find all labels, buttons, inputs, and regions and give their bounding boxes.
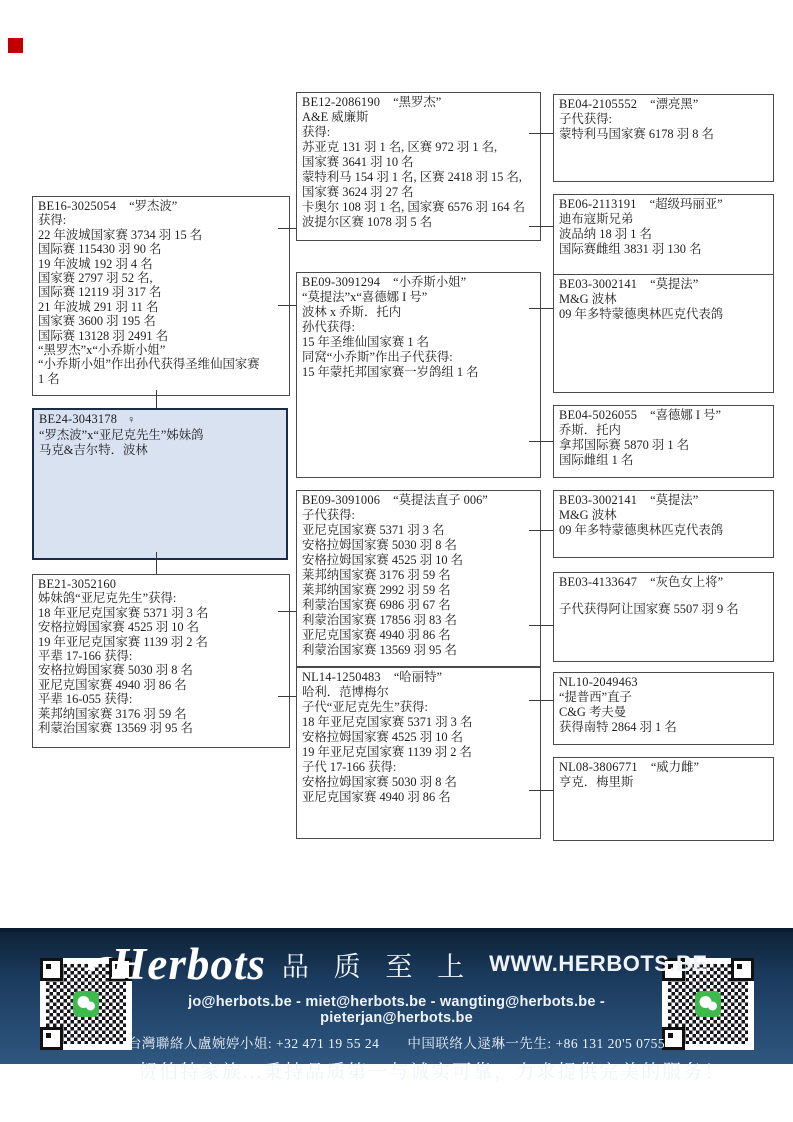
result-line: 亚尼克国家赛 4940 羽 86 名 — [302, 628, 535, 643]
result-line: 国际赛 115430 羽 90 名 — [38, 242, 284, 256]
pedigree-page: BE16-3025054“罗杰波” 获得:22 年波城国家赛 3734 羽 15… — [0, 0, 793, 1122]
contact-china: 中国联络人逯琳一先生: +86 131 20'5 0755 — [407, 1032, 665, 1052]
result-line: 迪布寇斯兄弟 — [559, 212, 768, 227]
pedigree-box-ggparent-7: NL10-2049463 “提普西”直子C&G 考夫曼获得南特 2864 羽 1… — [553, 672, 774, 745]
result-line: A&E 威廉斯 — [302, 110, 535, 125]
result-line: 安格拉姆国家赛 5030 羽 8 名 — [38, 663, 284, 677]
box-title: BE09-3091006“莫提法直子 006” — [302, 493, 535, 508]
ring-number: BE21-3052160 — [38, 577, 116, 591]
ring-number: BE04-2105552 — [559, 97, 637, 111]
result-line: 孙代获得: — [302, 320, 535, 335]
result-line: 国际赛 12119 羽 317 名 — [38, 285, 284, 299]
box-lines: “罗杰波”x“亚尼克先生”姊妹鸽马克&吉尔特．波林 — [39, 428, 281, 458]
result-line: 国家赛 2797 羽 52 名, — [38, 271, 284, 285]
connector-line — [278, 305, 296, 306]
pedigree-box-subject: BE24-3043178♀ “罗杰波”x“亚尼克先生”姊妹鸽马克&吉尔特．波林 — [32, 408, 288, 560]
result-line: 子代获得: — [559, 112, 768, 127]
result-line: “提普西”直子 — [559, 690, 768, 705]
qr-finder — [662, 1027, 685, 1050]
box-title: BE24-3043178♀ — [39, 412, 281, 428]
result-line: 波品纳 18 羽 1 名 — [559, 227, 768, 242]
result-line: 国家赛 3624 羽 27 名 — [302, 185, 535, 200]
result-line: 苏亚克 131 羽 1 名, 区赛 972 羽 1 名, — [302, 140, 535, 155]
result-line: 1 名 — [38, 372, 284, 386]
result-line: 亚尼克国家赛 5371 羽 3 名 — [302, 523, 535, 538]
result-line: 获得南特 2864 羽 1 名 — [559, 720, 768, 735]
pedigree-box-ggparent-2: BE06-2113191“超级玛丽亚” 迪布寇斯兄弟波品纳 18 羽 1 名国际… — [553, 194, 774, 285]
box-lines: M&G 波林09 年多特蒙德奥林匹克代表鸽 — [559, 508, 768, 538]
ring-number: BE24-3043178 — [39, 412, 117, 426]
connector-line — [529, 441, 553, 442]
box-title: BE04-5026055“喜德娜 I 号” — [559, 408, 768, 423]
result-line: 国际赛 13128 羽 2491 名 — [38, 329, 284, 343]
result-line: 莱邦纳国家赛 3176 羽 59 名 — [38, 707, 284, 721]
pedigree-box-ggparent-1: BE04-2105552“漂亮黑” 子代获得:蒙特利马国家赛 6178 羽 8 … — [553, 94, 774, 182]
result-line: 安格拉姆国家赛 5030 羽 8 名 — [302, 775, 535, 790]
bird-name: “喜德娜 I 号” — [650, 408, 721, 422]
result-line: 马克&吉尔特．波林 — [39, 443, 281, 458]
box-title: NL08-3806771“威力雌” — [559, 760, 768, 775]
result-line: 获得: — [302, 125, 535, 140]
box-lines: “莫提法”x“喜德娜 I 号”波林 x 乔斯．托内孙代获得:15 年圣维仙国家赛… — [302, 290, 535, 380]
female-symbol: ♀ — [127, 414, 135, 426]
result-line: 国家赛 3641 羽 10 名 — [302, 155, 535, 170]
result-line: 安格拉姆国家赛 4525 羽 10 名 — [302, 730, 535, 745]
result-line: 利蒙治国家赛 13569 羽 95 名 — [38, 721, 284, 735]
box-title: BE21-3052160 — [38, 577, 284, 591]
result-line: 利蒙治国家赛 13569 羽 95 名 — [302, 643, 535, 658]
ring-number: BE16-3025054 — [38, 199, 116, 213]
box-lines: 子代获得:亚尼克国家赛 5371 羽 3 名安格拉姆国家赛 5030 羽 8 名… — [302, 508, 535, 658]
result-line: 波提尔区赛 1078 羽 5 名 — [302, 215, 535, 230]
footer-content: Herbots 品 质 至 上 WWW.HERBOTS.BE jo@herbot… — [138, 938, 655, 1084]
ring-number: NL10-2049463 — [559, 675, 638, 689]
result-line: 21 年波城 291 羽 11 名 — [38, 300, 284, 314]
box-lines: 子代获得阿让国家赛 5507 羽 9 名 — [559, 590, 768, 617]
box-lines: 哈利．范博梅尔子代“亚尼克先生”获得:18 年亚尼克国家赛 5371 羽 3 名… — [302, 685, 535, 805]
box-lines: 子代获得:蒙特利马国家赛 6178 羽 8 名 — [559, 112, 768, 142]
connector-line — [529, 700, 553, 701]
result-line — [559, 590, 768, 602]
ring-number: BE03-3002141 — [559, 493, 637, 507]
connector-line — [156, 552, 157, 574]
pedigree-box-grandmother-maternal: NL14-1250483“哈丽特” 哈利．范博梅尔子代“亚尼克先生”获得:18 … — [296, 667, 541, 839]
box-title: BE03-3002141“莫提法” — [559, 493, 768, 508]
qr-finder — [40, 958, 63, 981]
result-line: 19 年亚尼克国家赛 1139 羽 2 名 — [302, 745, 535, 760]
connector-line — [278, 228, 296, 229]
box-lines: 乔斯．托内拿邦国际赛 5870 羽 1 名国际雌组 1 名 — [559, 423, 768, 468]
result-line: 蒙特利马 154 羽 1 名, 区赛 2418 羽 15 名, — [302, 170, 535, 185]
pedigree-box-grandfather-paternal: BE12-2086190“黑罗杰” A&E 威廉斯获得:苏亚克 131 羽 1 … — [296, 92, 541, 241]
result-line: 同窝“小乔斯”作出子代获得: — [302, 350, 535, 365]
ring-number: BE04-5026055 — [559, 408, 637, 422]
ring-number: BE09-3091006 — [302, 493, 380, 507]
connector-line — [529, 226, 553, 227]
box-title: BE04-2105552“漂亮黑” — [559, 97, 768, 112]
result-line: 09 年多特蒙德奥林匹克代表鸽 — [559, 307, 768, 322]
result-line: 18 年亚尼克国家赛 5371 羽 3 名 — [302, 715, 535, 730]
ring-number: NL08-3806771 — [559, 760, 638, 774]
ring-number: BE03-3002141 — [559, 277, 637, 291]
footer-emails: jo@herbots.be - miet@herbots.be - wangti… — [138, 994, 655, 1026]
herbots-logo-text: Herbots — [111, 938, 266, 990]
result-line: 乔斯．托内 — [559, 423, 768, 438]
result-line: 平辈 17-166 获得: — [38, 649, 284, 663]
pedigree-box-grandfather-maternal: BE09-3091006“莫提法直子 006” 子代获得:亚尼克国家赛 5371… — [296, 490, 541, 667]
connector-line — [529, 308, 553, 309]
footer-banner: Herbots 品 质 至 上 WWW.HERBOTS.BE jo@herbot… — [0, 928, 793, 1064]
pedigree-box-ggparent-4: BE04-5026055“喜德娜 I 号” 乔斯．托内拿邦国际赛 5870 羽 … — [553, 405, 774, 478]
result-line: 获得: — [38, 213, 284, 227]
bird-name: “漂亮黑” — [650, 97, 698, 111]
box-title: NL14-1250483“哈丽特” — [302, 670, 535, 685]
result-line: 国家赛 3600 羽 195 名 — [38, 314, 284, 328]
box-title: BE16-3025054“罗杰波” — [38, 199, 284, 213]
ring-number: BE06-2113191 — [559, 197, 637, 211]
box-lines: 姊妹鸽“亚尼克先生”获得:18 年亚尼克国家赛 5371 羽 3 名安格拉姆国家… — [38, 591, 284, 735]
ring-number: BE03-4133647 — [559, 575, 637, 589]
result-line: 利蒙治国家赛 6986 羽 67 名 — [302, 598, 535, 613]
ring-number: NL14-1250483 — [302, 670, 381, 684]
footer-logo-row: Herbots 品 质 至 上 WWW.HERBOTS.BE — [138, 938, 655, 990]
connector-line — [529, 133, 553, 134]
result-line: 子代获得: — [302, 508, 535, 523]
result-line: 亚尼克国家赛 4940 羽 86 名 — [38, 678, 284, 692]
ring-number: BE09-3091294 — [302, 275, 380, 289]
bird-name: “小乔斯小姐” — [393, 275, 466, 289]
result-line: 莱邦纳国家赛 3176 羽 59 名 — [302, 568, 535, 583]
bird-name: “哈丽特” — [394, 670, 442, 684]
bird-name: “莫提法” — [650, 493, 698, 507]
result-line: 22 年波城国家赛 3734 羽 15 名 — [38, 228, 284, 242]
wechat-icon — [73, 991, 99, 1017]
box-title: BE12-2086190“黑罗杰” — [302, 95, 535, 110]
result-line: 15 年蒙托邦国家赛一岁鸽组 1 名 — [302, 365, 535, 380]
result-line: 国际雌组 1 名 — [559, 453, 768, 468]
result-line: 19 年亚尼克国家赛 1139 羽 2 名 — [38, 635, 284, 649]
result-line: 09 年多特蒙德奥林匹克代表鸽 — [559, 523, 768, 538]
result-line: M&G 波林 — [559, 508, 768, 523]
pedigree-box-father: BE16-3025054“罗杰波” 获得:22 年波城国家赛 3734 羽 15… — [32, 196, 290, 396]
pedigree-box-mother: BE21-3052160 姊妹鸽“亚尼克先生”获得:18 年亚尼克国家赛 537… — [32, 574, 290, 748]
result-line: 莱邦纳国家赛 2992 羽 59 名 — [302, 583, 535, 598]
pedigree-box-ggparent-3: BE03-3002141“莫提法” M&G 波林09 年多特蒙德奥林匹克代表鸽 — [553, 274, 774, 393]
footer-contacts: 台灣聯絡人盧婉婷小姐: +32 471 19 55 24 中国联络人逯琳一先生:… — [138, 1032, 655, 1052]
box-lines: 获得:22 年波城国家赛 3734 羽 15 名国际赛 115430 羽 90 … — [38, 213, 284, 386]
result-line: “罗杰波”x“亚尼克先生”姊妹鸽 — [39, 428, 281, 443]
connector-line — [529, 530, 553, 531]
connector-line — [278, 611, 296, 612]
result-line: 安格拉姆国家赛 4525 羽 10 名 — [38, 620, 284, 634]
result-line: 拿邦国际赛 5870 羽 1 名 — [559, 438, 768, 453]
box-lines: 迪布寇斯兄弟波品纳 18 羽 1 名国际赛雌组 3831 羽 130 名 — [559, 212, 768, 257]
pedigree-box-ggparent-5: BE03-3002141“莫提法” M&G 波林09 年多特蒙德奥林匹克代表鸽 — [553, 490, 774, 558]
result-line: 亨克．梅里斯 — [559, 775, 768, 790]
pedigree-box-ggparent-8: NL08-3806771“威力雌” 亨克．梅里斯 — [553, 757, 774, 841]
result-line: “黑罗杰”x“小乔斯小姐” — [38, 343, 284, 357]
contact-taiwan: 台灣聯絡人盧婉婷小姐: +32 471 19 55 24 — [128, 1032, 380, 1052]
result-line: 利蒙治国家赛 17856 羽 83 名 — [302, 613, 535, 628]
result-line: 蒙特利马国家赛 6178 羽 8 名 — [559, 127, 768, 142]
footer-tagline: 品 质 至 上 — [282, 945, 473, 984]
bird-name: “超级玛丽亚” — [650, 197, 723, 211]
box-title: NL10-2049463 — [559, 675, 768, 690]
result-line: 卡奥尔 108 羽 1 名, 国家赛 6576 羽 164 名 — [302, 200, 535, 215]
result-line: 平辈 16-055 获得: — [38, 692, 284, 706]
box-lines: A&E 威廉斯获得:苏亚克 131 羽 1 名, 区赛 972 羽 1 名,国家… — [302, 110, 535, 230]
box-title: BE03-3002141“莫提法” — [559, 277, 768, 292]
herbots-logo: Herbots — [85, 938, 266, 990]
connector-line — [529, 790, 553, 791]
footer-website: WWW.HERBOTS.BE — [489, 951, 707, 977]
qr-finder — [731, 958, 754, 981]
connector-line — [529, 625, 553, 626]
connector-line — [156, 390, 157, 408]
box-title: BE09-3091294“小乔斯小姐” — [302, 275, 535, 290]
result-line: 亚尼克国家赛 4940 羽 86 名 — [302, 790, 535, 805]
ring-number: BE12-2086190 — [302, 95, 380, 109]
bird-name: “莫提法直子 006” — [393, 493, 488, 507]
result-line: 子代 17-166 获得: — [302, 760, 535, 775]
result-line: 安格拉姆国家赛 4525 羽 10 名 — [302, 553, 535, 568]
result-line: M&G 波林 — [559, 292, 768, 307]
result-line: 姊妹鸽“亚尼克先生”获得: — [38, 591, 284, 605]
box-lines: 亨克．梅里斯 — [559, 775, 768, 790]
result-line: 波林 x 乔斯．托内 — [302, 305, 535, 320]
result-line: “莫提法”x“喜德娜 I 号” — [302, 290, 535, 305]
result-line: 国际赛雌组 3831 羽 130 名 — [559, 242, 768, 257]
bird-name: “罗杰波” — [129, 199, 177, 213]
result-line: 18 年亚尼克国家赛 5371 羽 3 名 — [38, 606, 284, 620]
result-line: 哈利．范博梅尔 — [302, 685, 535, 700]
qr-finder — [40, 1027, 63, 1050]
result-line: C&G 考夫曼 — [559, 705, 768, 720]
result-line: 19 年波城 192 羽 4 名 — [38, 257, 284, 271]
box-title: BE06-2113191“超级玛丽亚” — [559, 197, 768, 212]
bird-name: “威力雌” — [651, 760, 699, 774]
bird-name: “灰色女上将” — [650, 575, 723, 589]
red-marker — [8, 38, 23, 53]
footer-slogan: 贺伯特家族...秉持品质第一与诚实可靠，力求提供完美的服务！ — [138, 1057, 655, 1084]
bird-name: “莫提法” — [650, 277, 698, 291]
wechat-icon — [695, 991, 721, 1017]
connector-line — [278, 696, 296, 697]
result-line: 子代“亚尼克先生”获得: — [302, 700, 535, 715]
box-title: BE03-4133647“灰色女上将” — [559, 575, 768, 590]
result-line: “小乔斯小姐”作出孙代获得圣维仙国家赛 — [38, 357, 284, 371]
result-line: 子代获得阿让国家赛 5507 羽 9 名 — [559, 602, 768, 617]
pedigree-box-grandmother-paternal: BE09-3091294“小乔斯小姐” “莫提法”x“喜德娜 I 号”波林 x … — [296, 272, 541, 478]
result-line: 15 年圣维仙国家赛 1 名 — [302, 335, 535, 350]
bird-name: “黑罗杰” — [393, 95, 441, 109]
pedigree-box-ggparent-6: BE03-4133647“灰色女上将” 子代获得阿让国家赛 5507 羽 9 名 — [553, 572, 774, 662]
result-line: 安格拉姆国家赛 5030 羽 8 名 — [302, 538, 535, 553]
box-lines: M&G 波林09 年多特蒙德奥林匹克代表鸽 — [559, 292, 768, 322]
box-lines: “提普西”直子C&G 考夫曼获得南特 2864 羽 1 名 — [559, 690, 768, 735]
